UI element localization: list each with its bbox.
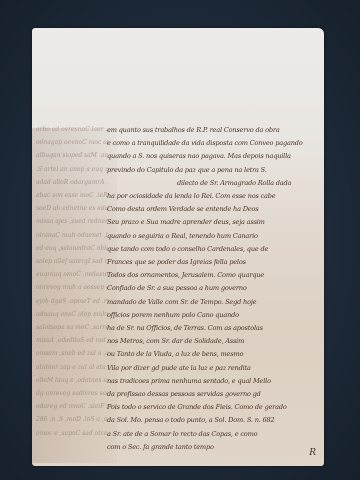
manuscript-page: arbo ad ovresnoC laer .P.R ed sohlabart … bbox=[32, 28, 324, 466]
handwritten-line: quando o seguiria o Real, tenendo hum Ca… bbox=[107, 232, 317, 240]
ghost-text-line: odnauq onaC olop muhnen merop soiciffo bbox=[36, 311, 108, 318]
ghost-text-line: odareg ed omoC .sieiF sod ednarG ed ociv… bbox=[36, 403, 108, 410]
handwritten-line: previndo do Capitulo da paz que a pena n… bbox=[107, 166, 317, 174]
handwritten-line: quando a S. nos quiseras nao pagava. Mas… bbox=[107, 152, 317, 160]
handwritten-line: nas tradicoes prima nenhuma sentado, e q… bbox=[107, 377, 317, 385]
ghost-text-line: alliuqan sioped saM .avagap oan saresiuq… bbox=[36, 152, 108, 159]
handwritten-line: Pois todo o servico de Grande dos Fieis.… bbox=[107, 403, 317, 411]
handwritten-line: que tando com todo o conselho Cardenales… bbox=[107, 245, 317, 253]
ghost-text-line: arbo ad ovresnoC laer .P.R ed sohlabart … bbox=[36, 126, 108, 133]
handwritten-line: Frances que se poder das Igreias fella p… bbox=[107, 258, 317, 266]
handwritten-line: ou Tanto de la Viuda, a luz de bens, mes… bbox=[107, 350, 317, 358]
ghost-text-line: solep allef saiergI sad redop es euq sec… bbox=[36, 258, 108, 265]
ghost-text-line: salotsopa sa moC .sarreT ed ,soiciffO an… bbox=[36, 324, 108, 331]
handwritten-line: nos Metros, com Sr. dar de Solidade, Ass… bbox=[107, 337, 317, 345]
handwritten-line: mandado de Valle com Sr. de Tempo. Segd … bbox=[107, 298, 317, 306]
ghost-text-line: omsem ,sneb ed zul a ,aduiV al ed otnaT … bbox=[36, 350, 108, 357]
ghost-text-line: soeD ah ednetne es edadreV medro atsed o… bbox=[36, 205, 108, 212]
handwritten-line: em quanto sus trabalhos de R.P. real Con… bbox=[107, 126, 317, 134]
handwritten-line: ha de Sr. na Officios, de Terras. Com as… bbox=[107, 324, 317, 332]
ghost-text-line: adad alloR odargamrA .rS ed otcelid bbox=[36, 179, 108, 186]
ghost-text-line: omoc e ,sapoC sad otcer ol ramoS a ed et… bbox=[36, 430, 108, 437]
handwritten-line: Seu prazo e Sua madre aprender deus, sej… bbox=[107, 218, 317, 226]
ghost-text-line: oiranaC muh odnenet ,laeR o airiuges o o… bbox=[36, 232, 108, 239]
ghost-text-line: dg onrevog sadivres saossep sassed oassi… bbox=[36, 390, 108, 397]
handwritten-line: da Sol. Mo. pensa o todo punto, a Sol. D… bbox=[107, 416, 317, 424]
ghost-text-line: missA ,edadiloS ed rad .rS moc ,sorteM s… bbox=[36, 337, 108, 344]
signature-mark: R bbox=[309, 448, 316, 458]
ghost-text-line: ebac son esse moC .ieR ol adnel ad edadi… bbox=[36, 192, 108, 199]
handwritten-line: Vila por dizer gd pude ate la luz e paz … bbox=[107, 364, 317, 372]
ghost-text-line: olleM lauq e ,odatnes amuhnen amirp seoc… bbox=[36, 377, 108, 384]
ghost-text-line: odnagap oevnoC moc atsopsid adiv ad edad… bbox=[36, 139, 108, 146]
ghost-text-line: 286 .n .S .moD .loS a ,otnup odot o asne… bbox=[36, 416, 108, 423]
handwritten-line: com o Sec. fa grande tanto tempo bbox=[107, 443, 317, 451]
ghost-text-line: ed euq ,selanedraC ohlesnoc o odot moc o… bbox=[36, 245, 108, 252]
handwritten-line: e como a tranquilidade da vida disposta … bbox=[107, 139, 317, 147]
handwritten-line: ha por ociosidade da lenda lo Rei. Com e… bbox=[107, 192, 317, 200]
handwritten-line: da profissao dessas pessoas servidas gov… bbox=[107, 390, 317, 398]
ghost-text-line: euqrauq omoC .melasureJ ,sotnemanro sod … bbox=[36, 271, 108, 278]
handwritten-line: a Sr. ate de a Somar lo recto das Copas,… bbox=[107, 430, 317, 438]
ghost-text-line: atidner zap e zul al eta edup dg rezid r… bbox=[36, 364, 108, 371]
ghost-text-line: .S artel an anep a euq zap ad olutipaC o… bbox=[36, 166, 108, 173]
handwritten-line: dilecto de Sr. Armagrado Rolla dada bbox=[177, 179, 317, 187]
handwritten-line: officios porem nenhum polo Cano quando bbox=[107, 311, 317, 319]
handwritten-line: Como desta ordem Verdade se entende ha D… bbox=[107, 205, 317, 213]
ghost-text-line: missa ajes ,sued rednerpa erdam auS e oz… bbox=[36, 218, 108, 225]
handwritten-line: Confiado de Sr. a sua pessoa a hum gover… bbox=[107, 284, 317, 292]
ghost-text-line: ejoh dgeS .opmeT ed .rS moc ellaV ed oda… bbox=[36, 298, 108, 305]
ghost-text-line: onrevog muh a aossep aus a .rS ed odaifn… bbox=[36, 284, 108, 291]
handwritten-line: Todos dos ornamentos, Jerusalem. Como qu… bbox=[107, 271, 317, 279]
